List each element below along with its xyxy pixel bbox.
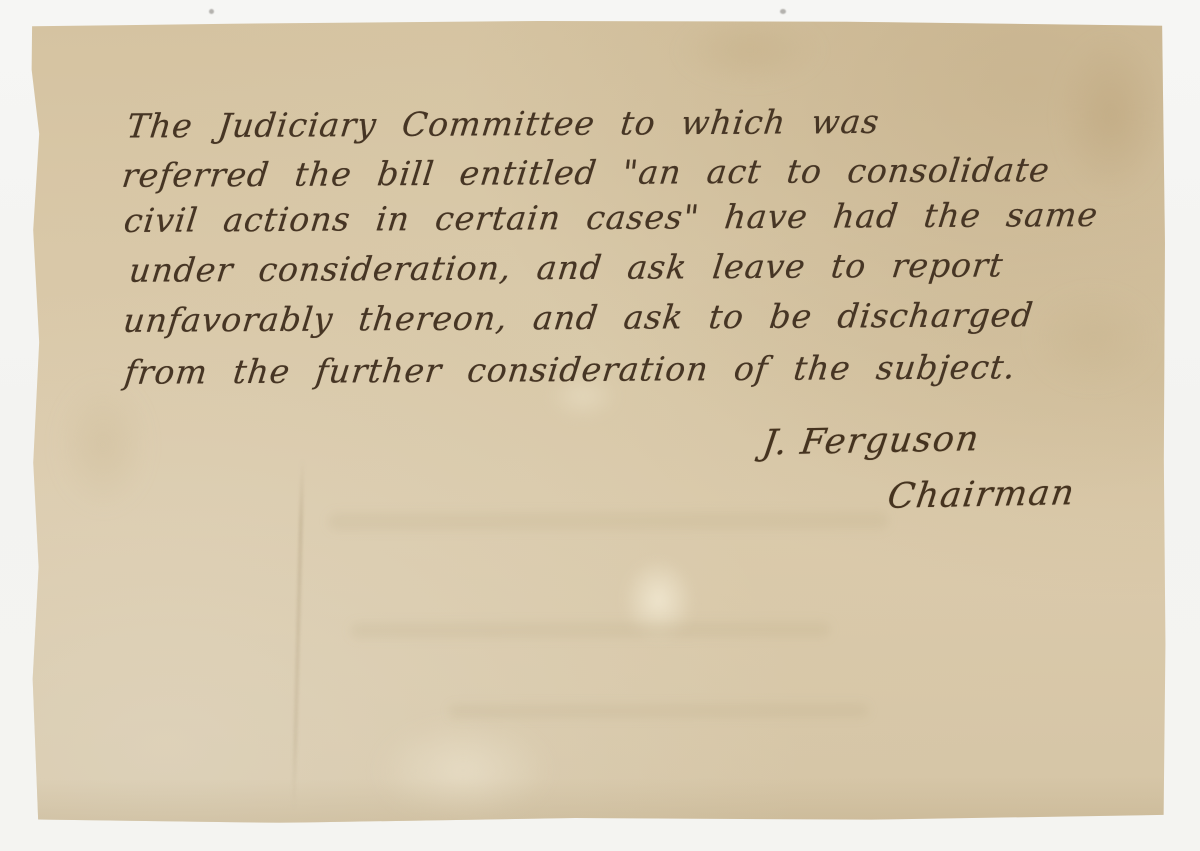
crease-line [292,459,304,811]
paper-stain [29,777,1167,824]
handwritten-line: unfavorably thereon, and ask to be disch… [121,295,1036,340]
handwritten-line: The Judiciary Committee to which was [125,102,882,146]
handwritten-line: civil actions in certain cases" have had… [122,195,1100,240]
document-paper: The Judiciary Committee to which was ref… [27,19,1167,824]
signature-name: J. Ferguson [760,419,982,463]
paper-stain [56,377,150,511]
paper-stain [375,718,551,822]
background-speck [209,9,214,14]
handwritten-line: under consideration, and ask leave to re… [127,245,1005,289]
paper-stain [675,13,825,87]
handwritten-line: from the further consideration of the su… [122,347,1018,391]
ghost-writing [351,621,831,638]
scan-background: The Judiciary Committee to which was ref… [0,0,1200,851]
handwritten-line: referred the bill entitled "an act to co… [120,150,1052,195]
signature-title: Chairman [885,473,1078,517]
ghost-writing [449,703,869,718]
ghost-writing [328,511,888,530]
paper-stain [1028,287,1160,391]
background-speck [780,9,786,14]
paper-stain [1055,31,1167,201]
